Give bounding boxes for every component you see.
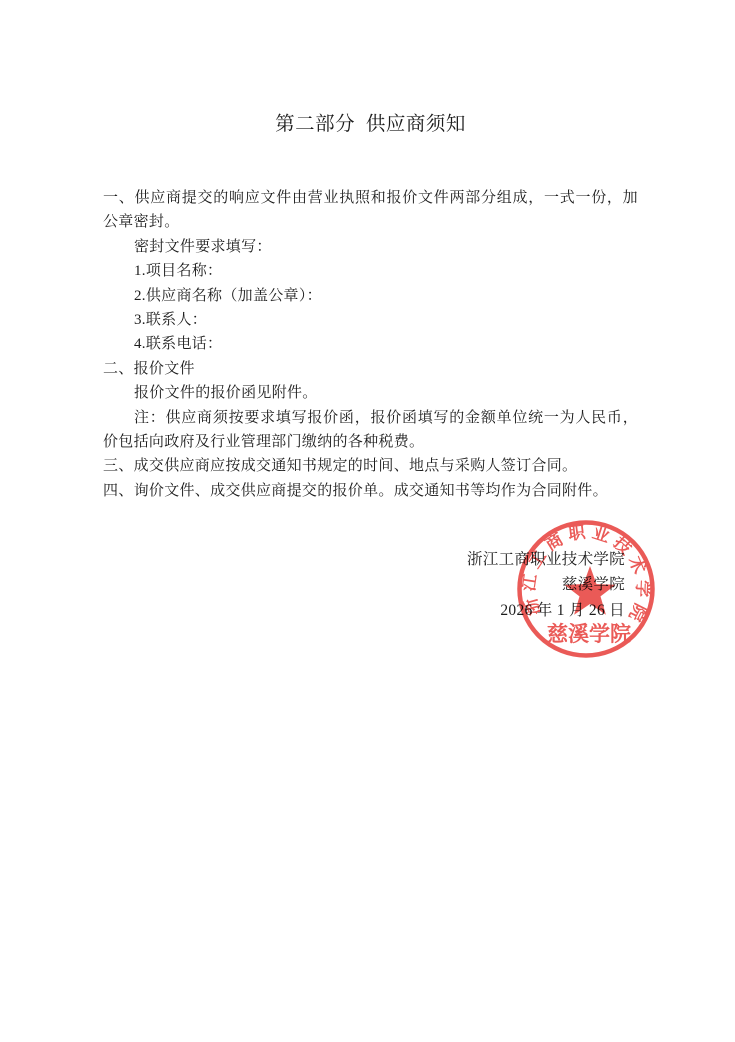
body-line: 一、供应商提交的响应文件由营业执照和报价文件两部分组成，一式一份，加盖	[103, 186, 638, 210]
page-title: 第二部分 供应商须知	[103, 112, 638, 138]
document-page: 第二部分 供应商须知 一、供应商提交的响应文件由营业执照和报价文件两部分组成，一…	[0, 0, 735, 1042]
body-line: 密封文件要求填写：	[103, 235, 638, 259]
document-body: 一、供应商提交的响应文件由营业执照和报价文件两部分组成，一式一份，加盖 公章密封…	[103, 186, 638, 503]
body-line: 二、报价文件	[103, 357, 638, 381]
body-line: 三、成交供应商应按成交通知书规定的时间、地点与采购人签订合同。	[103, 454, 638, 478]
body-line: 1.项目名称：	[103, 259, 638, 283]
body-line: 2.供应商名称（加盖公章）：	[103, 284, 638, 308]
body-line: 注：供应商须按要求填写报价函，报价函填写的金额单位统一为人民币，总	[103, 406, 638, 430]
signature-org-line1: 浙江工商职业技术学院	[467, 547, 625, 572]
body-line: 3.联系人：	[103, 308, 638, 332]
seal-center-text: 慈溪学院	[547, 622, 631, 646]
signature-block: 浙江工商职业技术学院 慈溪学院 2026 年 1 月 26 日	[467, 547, 625, 623]
body-line: 4.联系电话：	[103, 332, 638, 356]
signature-org-line2: 慈溪学院	[467, 572, 625, 597]
body-line: 公章密封。	[103, 210, 638, 234]
body-line: 报价文件的报价函见附件。	[103, 381, 638, 405]
body-line: 价包括向政府及行业管理部门缴纳的各种税费。	[103, 430, 638, 454]
signature-date: 2026 年 1 月 26 日	[467, 598, 625, 623]
body-line: 四、询价文件、成交供应商提交的报价单。成交通知书等均作为合同附件。	[103, 479, 638, 503]
